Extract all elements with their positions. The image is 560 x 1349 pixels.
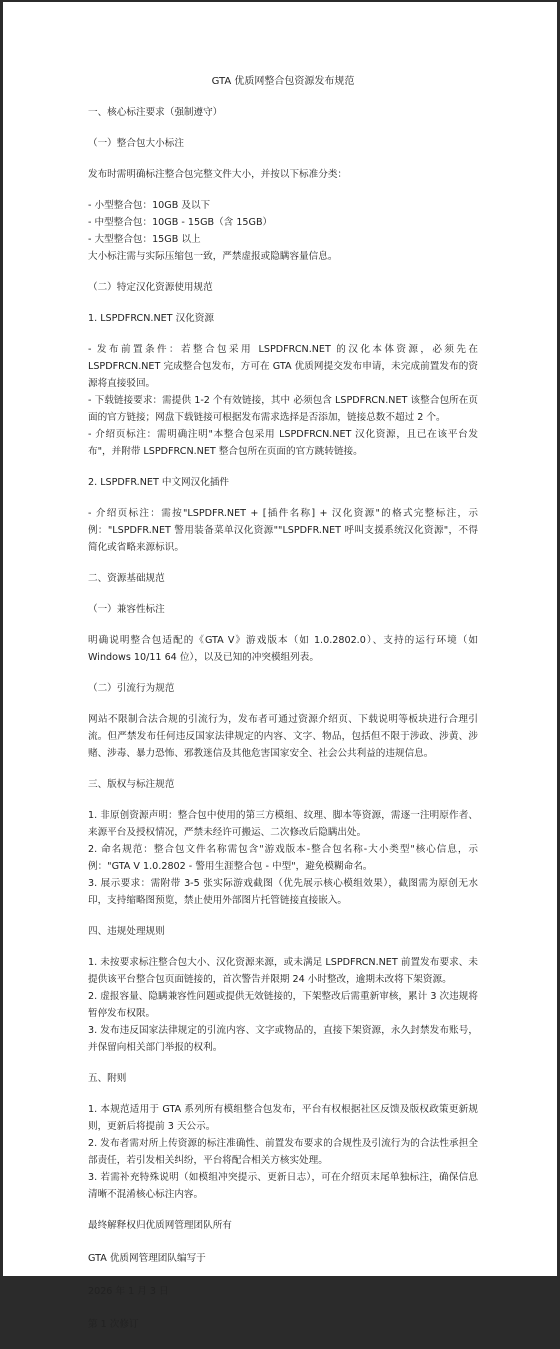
size-category-small: - 小型整合包：10GB 及以下 xyxy=(88,197,478,214)
section-2-sub1-heading: （一）兼容性标注 xyxy=(88,601,478,618)
supplementary-rule-3: 3. 若需补充特殊说明（如模组冲突提示、更新日志），可在介绍页末尾单独标注，确保… xyxy=(88,1169,478,1203)
supplementary-rule-2: 2. 发布者需对所上传资源的标注准确性、前置发布要求的合规性及引流行为的合法性承… xyxy=(88,1135,478,1169)
supplementary-rules: 1. 本规范适用于 GTA 系列所有模组整合包发布，平台有权根据社区反馈及版权政… xyxy=(88,1101,478,1203)
copyright-rules: 1. 非原创资源声明：整合包中使用的第三方模组、纹理、脚本等资源，需逐一注明原作… xyxy=(88,807,478,909)
copyright-rule-1: 1. 非原创资源声明：整合包中使用的第三方模组、纹理、脚本等资源，需逐一注明原作… xyxy=(88,807,478,841)
lspdfrcn-rule-intro-label: - 介绍页标注：需明确注明"本整合包采用 LSPDFRCN.NET 汉化资源，且… xyxy=(88,426,478,460)
lspdfrcn-rules: - 发布前置条件：若整合包采用 LSPDFRCN.NET 的汉化本体资源，必须先… xyxy=(88,341,478,460)
copyright-rule-3: 3. 展示要求：需附带 3-5 张实际游戏截图（优先展示核心模组效果），截图需为… xyxy=(88,875,478,909)
lspdfrcn-heading: 1. LSPDFRCN.NET 汉化资源 xyxy=(88,310,478,327)
section-4-heading: 四、违规处理规则 xyxy=(88,923,478,940)
traffic-rules-text: 网站不限制合法合规的引流行为，发布者可通过资源介绍页、下载说明等板块进行合理引流… xyxy=(88,711,478,762)
lspdfr-rule-intro-label: - 介绍页标注：需按"LSPDFR.NET + [插件名称] + 汉化资源"的格… xyxy=(88,505,478,556)
document-content: GTA 优质网整合包资源发布规范 一、核心标注要求（强制遵守） （一）整合包大小… xyxy=(88,73,478,1280)
footer-rights: 最终解释权归优质网管理团队所有 xyxy=(88,1217,478,1234)
document-page: GTA 优质网整合包资源发布规范 一、核心标注要求（强制遵守） （一）整合包大小… xyxy=(3,2,557,1276)
violation-rules: 1. 未按要求标注整合包大小、汉化资源来源，或未满足 LSPDFRCN.NET … xyxy=(88,954,478,1056)
lspdfrcn-rule-prerequisite: - 发布前置条件：若整合包采用 LSPDFRCN.NET 的汉化本体资源，必须先… xyxy=(88,341,478,392)
section-1-sub1-heading: （一）整合包大小标注 xyxy=(88,135,478,152)
section-5-heading: 五、附则 xyxy=(88,1070,478,1087)
size-note: 大小标注需与实际压缩包一致，严禁虚报或隐瞒容量信息。 xyxy=(88,248,478,265)
size-category-medium: - 中型整合包：10GB - 15GB（含 15GB） xyxy=(88,214,478,231)
footer-author: GTA 优质网管理团队编写于 xyxy=(88,1250,478,1267)
compatibility-text: 明确说明整合包适配的《GTA V》游戏版本（如 1.0.2802.0）、支持的运… xyxy=(88,632,478,666)
size-category-list: - 小型整合包：10GB 及以下 - 中型整合包：10GB - 15GB（含 1… xyxy=(88,197,478,265)
section-2-heading: 二、资源基础规范 xyxy=(88,570,478,587)
violation-rule-3: 3. 发布违反国家法律规定的引流内容、文字或物品的，直接下架资源，永久封禁发布账… xyxy=(88,1022,478,1056)
section-2-sub2-heading: （二）引流行为规范 xyxy=(88,680,478,697)
size-category-large: - 大型整合包：15GB 以上 xyxy=(88,231,478,248)
section-1-sub1-intro: 发布时需明确标注整合包完整文件大小，并按以下标准分类： xyxy=(88,166,478,183)
section-3-heading: 三、版权与标注规范 xyxy=(88,776,478,793)
violation-rule-1: 1. 未按要求标注整合包大小、汉化资源来源，或未满足 LSPDFRCN.NET … xyxy=(88,954,478,988)
section-1-sub2-heading: （二）特定汉化资源使用规范 xyxy=(88,279,478,296)
violation-rule-2: 2. 虚报容量、隐瞒兼容性问题或提供无效链接的，下架整改后需重新审核，累计 3 … xyxy=(88,988,478,1022)
copyright-rule-2: 2. 命名规范：整合包文件名称需包含"游戏版本-整合包名称-大小类型"核心信息，… xyxy=(88,841,478,875)
lspdfrcn-rule-download-links: - 下载链接要求：需提供 1-2 个有效链接，其中 必须包含 LSPDFRCN.… xyxy=(88,392,478,426)
lspdfr-heading: 2. LSPDFR.NET 中文网汉化插件 xyxy=(88,474,478,491)
document-title: GTA 优质网整合包资源发布规范 xyxy=(88,73,478,90)
supplementary-rule-1: 1. 本规范适用于 GTA 系列所有模组整合包发布，平台有权根据社区反馈及版权政… xyxy=(88,1101,478,1135)
section-1-heading: 一、核心标注要求（强制遵守） xyxy=(88,104,478,121)
